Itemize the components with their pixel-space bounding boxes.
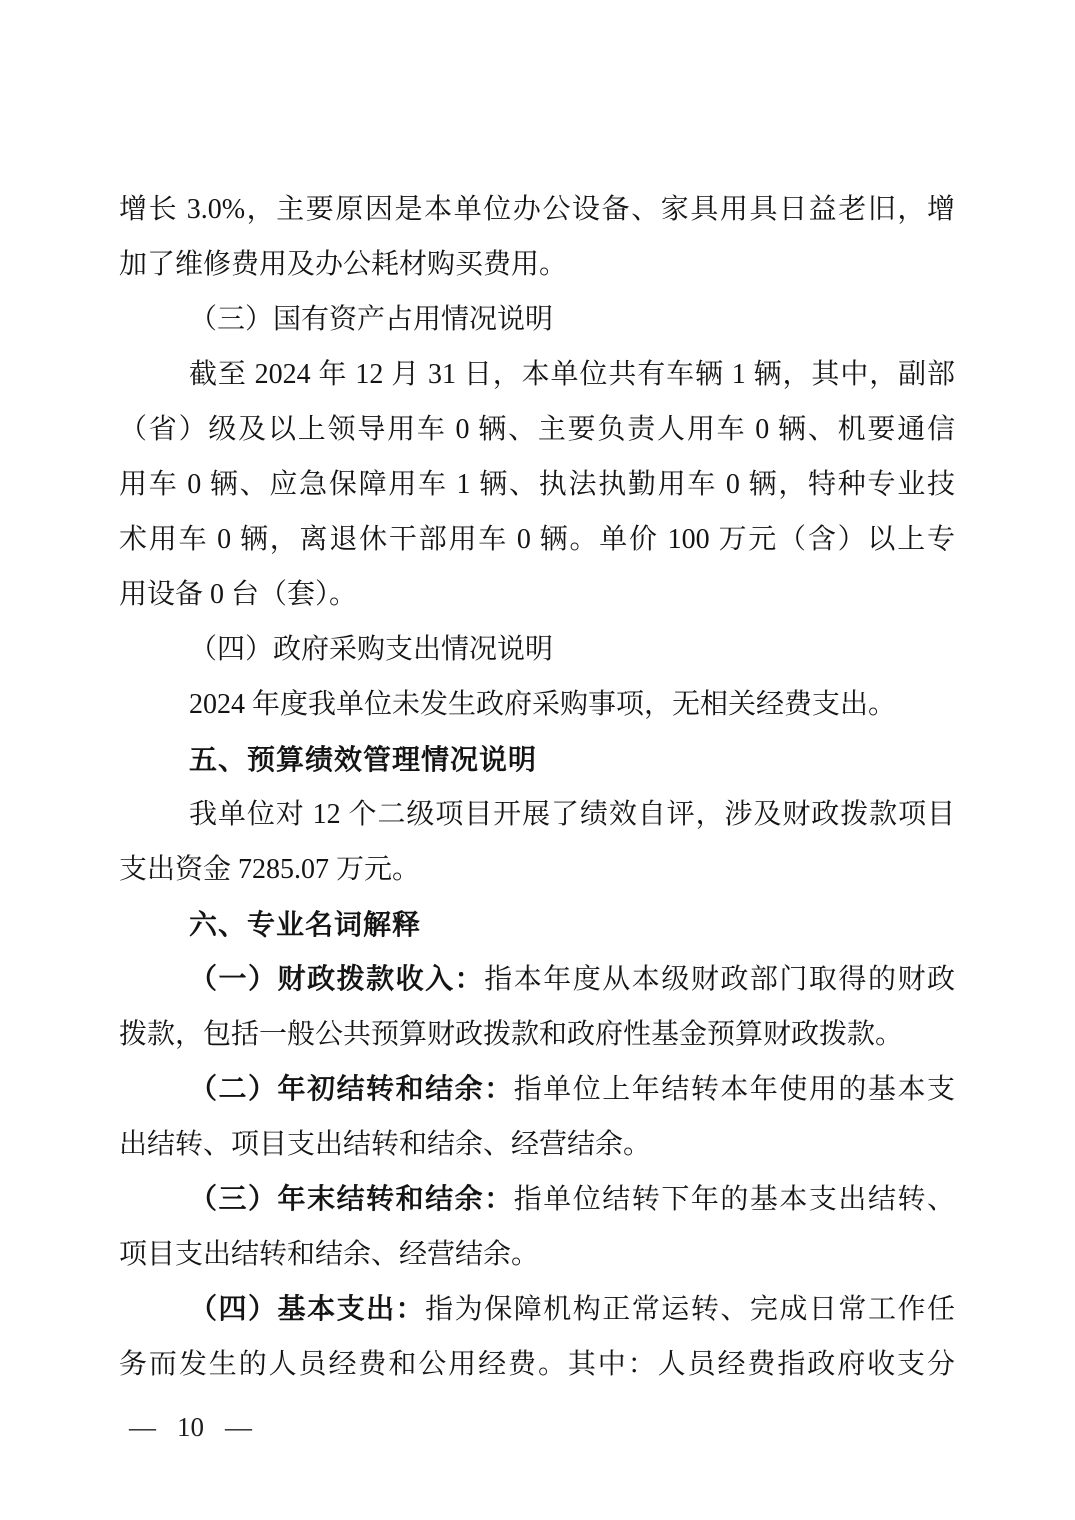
bold-term: （一）财政拨款收入： <box>189 964 484 995</box>
page-footer: — 10 — <box>129 1412 252 1443</box>
section-heading: 六、专业名词解释 <box>119 897 955 952</box>
text-line: 出结转、项目支出结转和结余、经营结余。 <box>119 1117 955 1172</box>
footer-right-dash: — <box>225 1412 252 1443</box>
text-line: （一）财政拨款收入：指本年度从本级财政部门取得的财政 <box>119 952 955 1007</box>
text-line: 我单位对 12 个二级项目开展了绩效自评，涉及财政拨款项目 <box>119 787 955 842</box>
text-segment: 务而发生的人员经费和公用经费。其中：人员经费指政府收支分 <box>119 1349 955 1380</box>
bold-term: （二）年初结转和结余： <box>189 1074 514 1105</box>
text-line: 增长 3.0%，主要原因是本单位办公设备、家具用具日益老旧，增 <box>119 182 955 237</box>
text-line: 2024 年度我单位未发生政府采购事项，无相关经费支出。 <box>119 677 955 732</box>
text-segment: 用设备 0 台（套）。 <box>119 579 357 610</box>
text-segment: 指单位结转下年的基本支出结转、 <box>514 1184 955 1215</box>
text-segment: 用车 0 辆、应急保障用车 1 辆、执法执勤用车 0 辆，特种专业技 <box>119 469 955 500</box>
text-line: 项目支出结转和结余、经营结余。 <box>119 1227 955 1282</box>
text-line: 加了维修费用及办公耗材购买费用。 <box>119 237 955 292</box>
text-segment: 出结转、项目支出结转和结余、经营结余。 <box>119 1129 651 1160</box>
text-line: 用设备 0 台（套）。 <box>119 567 955 622</box>
section-heading: 五、预算绩效管理情况说明 <box>119 732 955 787</box>
document-page: 增长 3.0%，主要原因是本单位办公设备、家具用具日益老旧，增加了维修费用及办公… <box>0 0 1075 1520</box>
text-segment: 我单位对 12 个二级项目开展了绩效自评，涉及财政拨款项目 <box>189 799 955 830</box>
bold-term: 五、预算绩效管理情况说明 <box>189 744 537 775</box>
text-segment: 术用车 0 辆，离退休干部用车 0 辆。单价 100 万元（含）以上专 <box>119 524 955 555</box>
text-segment: 增长 3.0%，主要原因是本单位办公设备、家具用具日益老旧，增 <box>119 194 955 225</box>
text-line: （二）年初结转和结余：指单位上年结转本年使用的基本支 <box>119 1062 955 1117</box>
footer-left-dash: — <box>129 1412 156 1443</box>
page-number: 10 <box>177 1412 204 1443</box>
text-line: 用车 0 辆、应急保障用车 1 辆、执法执勤用车 0 辆，特种专业技 <box>119 457 955 512</box>
text-segment: 截至 2024 年 12 月 31 日，本单位共有车辆 1 辆，其中，副部 <box>189 359 955 390</box>
text-segment: 指本年度从本级财政部门取得的财政 <box>484 964 955 995</box>
text-line: 截至 2024 年 12 月 31 日，本单位共有车辆 1 辆，其中，副部 <box>119 347 955 402</box>
document-body: 增长 3.0%，主要原因是本单位办公设备、家具用具日益老旧，增加了维修费用及办公… <box>119 182 955 1392</box>
text-line: 支出资金 7285.07 万元。 <box>119 842 955 897</box>
text-line: （省）级及以上领导用车 0 辆、主要负责人用车 0 辆、机要通信 <box>119 402 955 457</box>
text-line: （四）基本支出：指为保障机构正常运转、完成日常工作任 <box>119 1282 955 1337</box>
text-segment: 指为保障机构正常运转、完成日常工作任 <box>425 1294 955 1325</box>
bold-term: （三）年末结转和结余： <box>189 1184 514 1215</box>
text-segment: 2024 年度我单位未发生政府采购事项，无相关经费支出。 <box>189 689 896 720</box>
text-segment: 加了维修费用及办公耗材购买费用。 <box>119 249 567 280</box>
text-segment: 项目支出结转和结余、经营结余。 <box>119 1239 539 1270</box>
text-segment: 支出资金 7285.07 万元。 <box>119 854 420 885</box>
text-line: 术用车 0 辆，离退休干部用车 0 辆。单价 100 万元（含）以上专 <box>119 512 955 567</box>
text-segment: （四）政府采购支出情况说明 <box>189 634 553 665</box>
bold-term: （四）基本支出： <box>189 1294 425 1325</box>
text-segment: 拨款，包括一般公共预算财政拨款和政府性基金预算财政拨款。 <box>119 1019 903 1050</box>
text-segment: 指单位上年结转本年使用的基本支 <box>514 1074 955 1105</box>
text-line: 务而发生的人员经费和公用经费。其中：人员经费指政府收支分 <box>119 1337 955 1392</box>
text-line: （三）年末结转和结余：指单位结转下年的基本支出结转、 <box>119 1172 955 1227</box>
text-segment: （三）国有资产占用情况说明 <box>189 304 553 335</box>
text-segment: （省）级及以上领导用车 0 辆、主要负责人用车 0 辆、机要通信 <box>119 414 955 445</box>
text-line: （三）国有资产占用情况说明 <box>119 292 955 347</box>
text-line: （四）政府采购支出情况说明 <box>119 622 955 677</box>
bold-term: 六、专业名词解释 <box>189 909 421 940</box>
text-line: 拨款，包括一般公共预算财政拨款和政府性基金预算财政拨款。 <box>119 1007 955 1062</box>
